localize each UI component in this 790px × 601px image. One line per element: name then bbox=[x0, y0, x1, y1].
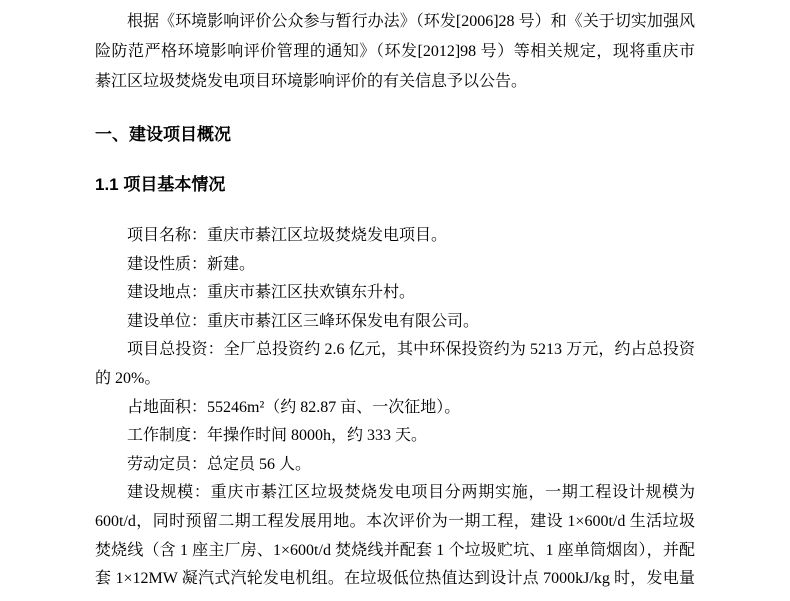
line-construction-unit: 建设单位：重庆市綦江区三峰环保发电有限公司。 bbox=[95, 308, 695, 337]
line-land-area: 占地面积：55246m²（约 82.87 亩、一次征地）。 bbox=[95, 394, 695, 423]
line-total-investment-2: 的 20%。 bbox=[95, 365, 695, 394]
intro-line-1: 根据《环境影响评价公众参与暂行办法》（环发[2006]28 号）和《关于切实加强… bbox=[95, 7, 695, 37]
line-staffing: 劳动定员：总定员 56 人。 bbox=[95, 451, 695, 480]
document-content: 根据《环境影响评价公众参与暂行办法》（环发[2006]28 号）和《关于切实加强… bbox=[95, 7, 695, 594]
section-heading: 一、建设项目概况 bbox=[95, 120, 695, 150]
line-project-name: 项目名称：重庆市綦江区垃圾焚烧发电项目。 bbox=[95, 222, 695, 251]
line-construction-scale-1: 建设规模：重庆市綦江区垃圾焚烧发电项目分两期实施，一期工程设计规模为 bbox=[95, 479, 695, 508]
basic-info-block: 项目名称：重庆市綦江区垃圾焚烧发电项目。 建设性质：新建。 建设地点：重庆市綦江… bbox=[95, 222, 695, 594]
subsection-heading: 1.1 项目基本情况 bbox=[95, 170, 695, 200]
document-page: 根据《环境影响评价公众参与暂行办法》（环发[2006]28 号）和《关于切实加强… bbox=[0, 0, 790, 601]
line-construction-location: 建设地点：重庆市綦江区扶欢镇东升村。 bbox=[95, 279, 695, 308]
line-total-investment-1: 项目总投资：全厂总投资约 2.6 亿元，其中环保投资约为 5213 万元，约占总… bbox=[95, 336, 695, 365]
line-construction-nature: 建设性质：新建。 bbox=[95, 251, 695, 280]
intro-line-3: 綦江区垃圾焚烧发电项目环境影响评价的有关信息予以公告。 bbox=[95, 67, 695, 97]
line-work-schedule: 工作制度：年操作时间 8000h，约 333 天。 bbox=[95, 422, 695, 451]
intro-line-2: 险防范严格环境影响评价管理的通知》（环发[2012]98 号）等相关规定，现将重… bbox=[95, 37, 695, 67]
line-construction-scale-4: 套 1×12MW 凝汽式汽轮发电机组。在垃圾低位热值达到设计点 7000kJ/k… bbox=[95, 565, 695, 594]
line-construction-scale-2: 600t/d，同时预留二期工程发展用地。本次评价为一期工程，建设 1×600t/… bbox=[95, 508, 695, 537]
line-construction-scale-3: 焚烧线（含 1 座主厂房、1×600t/d 焚烧线并配套 1 个垃圾贮坑、1 座… bbox=[95, 537, 695, 566]
